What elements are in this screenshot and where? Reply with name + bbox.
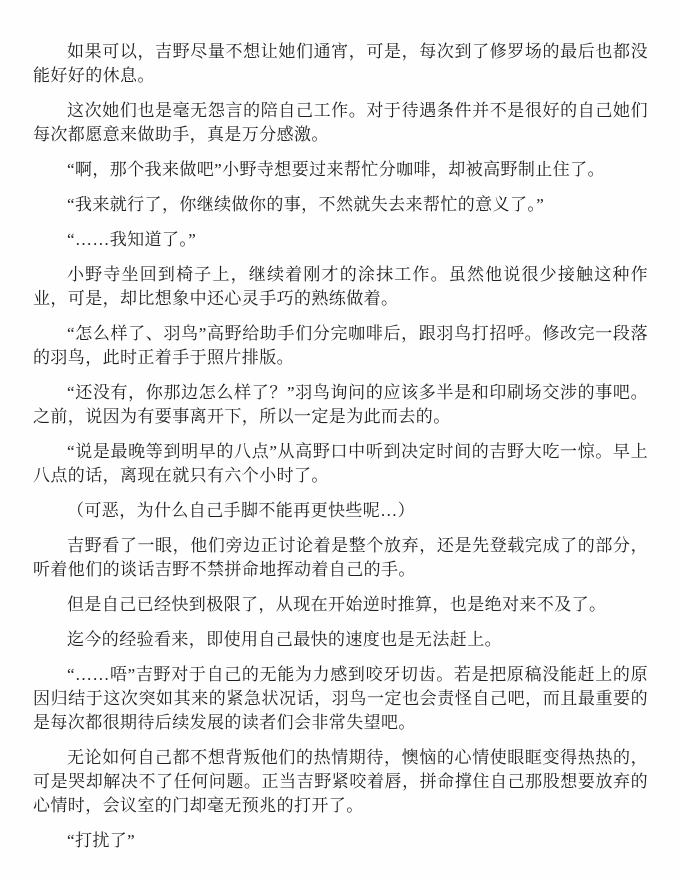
paragraph: “打扰了” [33,829,648,853]
paragraph: （可恶，为什么自己手脚不能再更快些呢…） [33,499,648,523]
document-page: 如果可以，吉野尽量不想让她们通宵，可是，每次到了修罗场的最后也都没能好好的休息。… [0,0,680,880]
paragraph: 无论如何自己都不想背叛他们的热情期待，懊恼的心情使眼眶变得热热的，可是哭却解决不… [33,746,648,818]
paragraph: 但是自己已经快到极限了，从现在开始逆时推算，也是绝对来不及了。 [33,593,648,617]
paragraph: 小野寺坐回到椅子上，继续着刚才的涂抹工作。虽然他说很少接触这种作业，可是，却比想… [33,263,648,311]
paragraph: 这次她们也是毫无怨言的陪自己工作。对于待遇条件并不是很好的自己她们每次都愿意来做… [33,99,648,147]
paragraph: “说是最晚等到明早的八点”从高野口中听到决定时间的吉野大吃一惊。早上八点的话，离… [33,440,648,488]
paragraph: “……我知道了。” [33,228,648,252]
document-body: 如果可以，吉野尽量不想让她们通宵，可是，每次到了修罗场的最后也都没能好好的休息。… [33,40,648,853]
paragraph: “还没有，你那边怎么样了？”羽鸟询问的应该多半是和印刷场交涉的事吧。之前，说因为… [33,381,648,429]
paragraph: 如果可以，吉野尽量不想让她们通宵，可是，每次到了修罗场的最后也都没能好好的休息。 [33,40,648,88]
paragraph: “啊，那个我来做吧”小野寺想要过来帮忙分咖啡，却被高野制止住了。 [33,158,648,182]
paragraph: “……唔”吉野对于自己的无能为力感到咬牙切齿。若是把原稿没能赶上的原因归结于这次… [33,663,648,735]
paragraph: “我来就行了，你继续做你的事，不然就失去来帮忙的意义了。” [33,193,648,217]
paragraph: 吉野看了一眼，他们旁边正讨论着是整个放弃，还是先登载完成了的部分，听着他们的谈话… [33,534,648,582]
paragraph: 迄今的经验看来，即使用自己最快的速度也是无法赶上。 [33,628,648,652]
paragraph: “怎么样了、羽鸟”高野给助手们分完咖啡后，跟羽鸟打招呼。修改完一段落的羽鸟，此时… [33,322,648,370]
